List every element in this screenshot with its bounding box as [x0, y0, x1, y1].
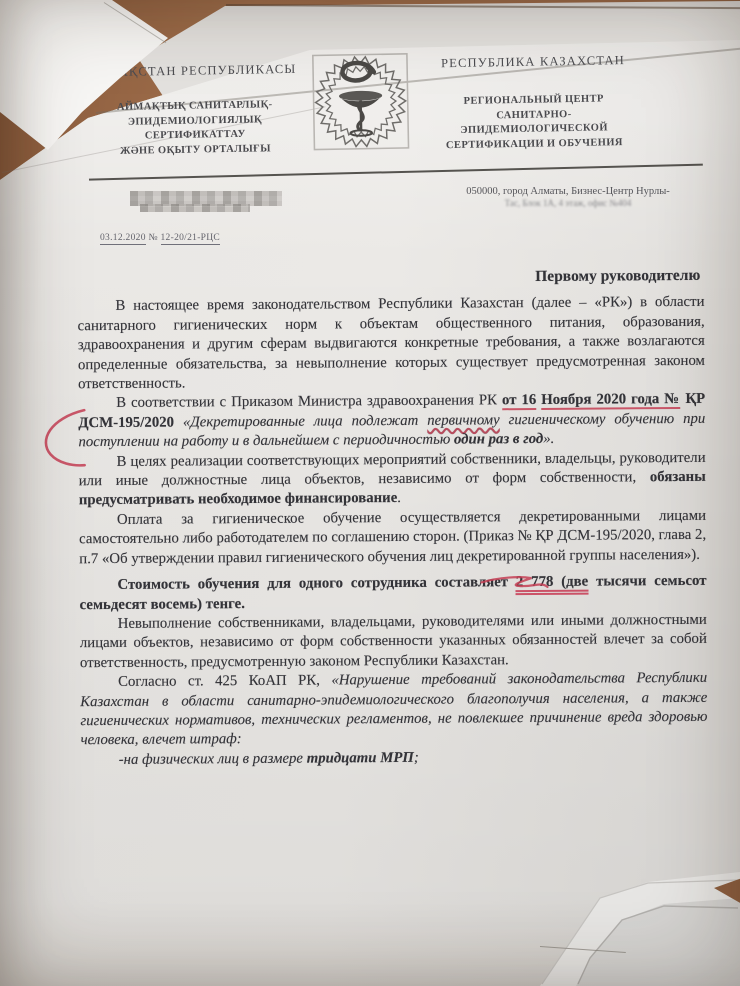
address-block: 050000, город Алматы, Бизнес-Центр Нурлы…: [416, 186, 720, 208]
paragraph-payment: Оплата за гигиеническое обучение осущест…: [79, 507, 706, 570]
letterhead-org-kk: АЙМАҚТЫҚ САНИТАРЛЫҚ- ЭПИДЕМИОЛОГИЯЛЫҚ СЕ…: [84, 98, 307, 160]
emphasized-period: один раз в год: [454, 431, 543, 448]
quote-run: «Декретированные лица подлежат: [183, 413, 427, 431]
text-run: .: [397, 490, 401, 506]
text-run: ;: [414, 750, 419, 766]
paragraph-koap: Согласно ст. 425 КоАП РК, «Нарушение тре…: [80, 669, 708, 751]
paragraph-liability: Невыполнение собственниками, владельцами…: [80, 611, 707, 674]
number-sign: №: [148, 233, 157, 243]
text-run: В целях реализации соответствующих мероп…: [79, 449, 706, 489]
address-line-2-blurred: Тас, Блок 1А, 4 этаж, офис №404: [416, 198, 720, 208]
fine-amount: тридцати МРП: [307, 750, 414, 767]
reference-line: 03.12.2020 № 12-20/21-РЦС: [100, 233, 220, 243]
letterhead-divider: [89, 164, 703, 181]
address-line-1: 050000, город Алматы, Бизнес-Центр Нурлы…: [416, 186, 720, 197]
red-wavy-marked-word: первичному: [427, 412, 500, 429]
letterhead-country-ru: РЕСПУБЛИКА КАЗАХСТАН: [405, 52, 661, 71]
red-underlined-date-part: от 16: [502, 392, 536, 410]
text-run: Стоимость обучения для одного сотрудника…: [117, 574, 516, 593]
photographed-document: ҚАЗАҚСТАН РЕСПУБЛИКАСЫ АЙМАҚТЫҚ САНИТАРЛ…: [0, 0, 740, 986]
text-run: В соответствии с Приказом Министра здрав…: [116, 393, 502, 412]
paragraph-price: Стоимость обучения для одного сотрудника…: [79, 572, 706, 615]
redacted-text-block: [130, 191, 282, 206]
letterhead-org-ru: РЕГИОНАЛЬНЫЙ ЦЕНТР САНИТАРНО- ЭПИДЕМИОЛО…: [406, 91, 663, 153]
text-run: Согласно ст. 425 КоАП РК,: [118, 673, 331, 690]
paragraph-financing: В целях реализации соответствующих мероп…: [79, 448, 706, 511]
reference-date: 03.12.2020: [100, 233, 146, 245]
red-underlined-date-part: Ноября 2020 года №: [541, 391, 680, 410]
reference-number: 12-20/21-РЦС: [161, 233, 221, 245]
bowl-of-hygieia-icon: [311, 52, 411, 152]
paragraph-order-reference: В соответствии с Приказом Министра здрав…: [78, 390, 705, 453]
red-pen-scribble-tail: [479, 572, 549, 594]
paragraph-intro: В настоящее время законодательством Респ…: [77, 293, 705, 394]
recipient-heading: Первому руководителю: [77, 266, 704, 290]
letter-body: Первому руководителю В настоящее время з…: [77, 266, 707, 771]
text-run: -на физических лиц в размере: [119, 750, 307, 767]
quote-run: ».: [543, 431, 554, 447]
